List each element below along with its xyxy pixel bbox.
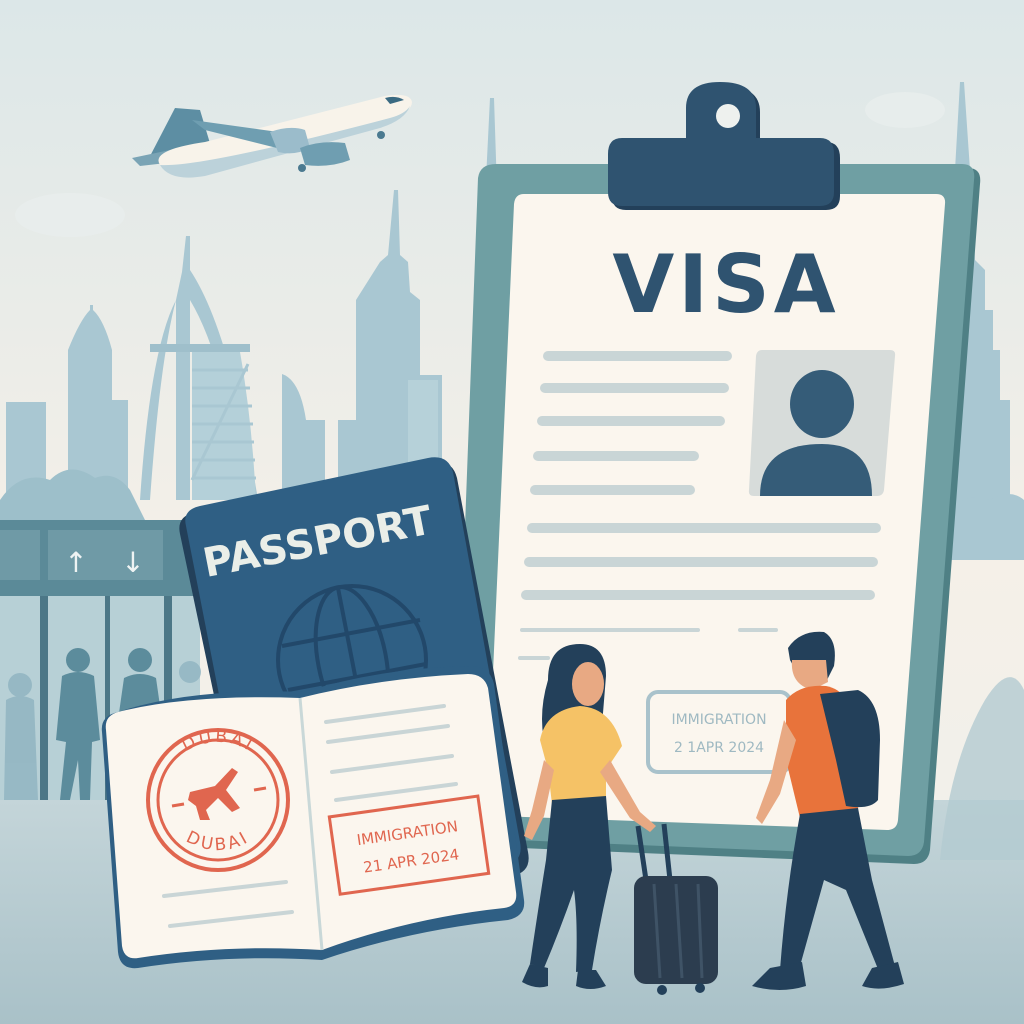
- clip-hole: [716, 104, 740, 128]
- stamp-label: IMMIGRATION: [671, 712, 766, 728]
- passport-open-page: DUBAI DUBAI IMMIGRATION 21 APR 2024: [102, 666, 524, 968]
- visa-title: VISA: [612, 238, 839, 331]
- stamp-date: 2 1APR 2024: [674, 740, 764, 756]
- person-avatar-icon: [790, 370, 854, 438]
- arrow-up-icon: ↑: [64, 546, 87, 579]
- cloud: [15, 193, 125, 237]
- visa-clipboard: VISA IMMIGRATION 2 1APR 2024: [454, 82, 981, 864]
- visa-travel-illustration: ↑ ↓ VISA: [0, 0, 1024, 1024]
- cloud: [865, 92, 945, 128]
- arrow-down-icon: ↓: [121, 546, 144, 579]
- visa-photo: [749, 350, 895, 496]
